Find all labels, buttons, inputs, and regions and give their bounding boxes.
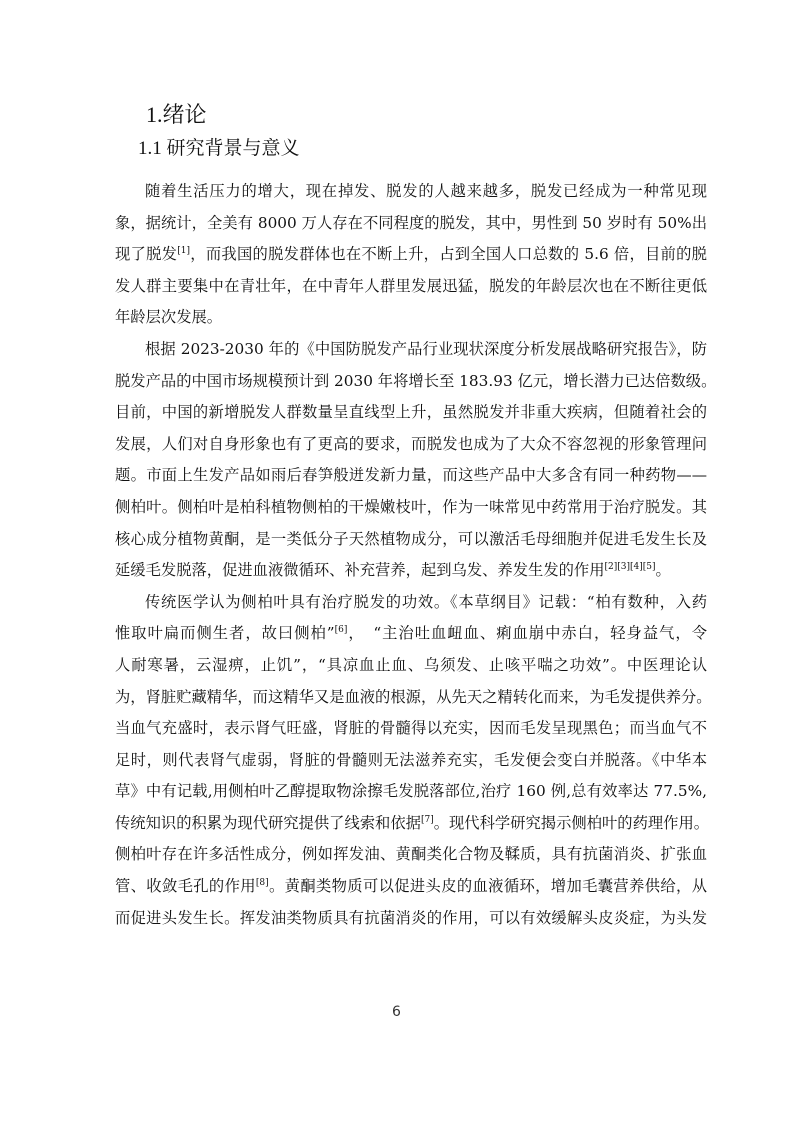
- line-text: 象，据统计，全美有 8000 万人存在不同程度的脱发，其中，男性到 50 岁时有…: [115, 214, 707, 232]
- line-text: 发展，人们对自身形象也有了更高的要求，而脱发也成为了大众不容忽视的形象管理问: [115, 435, 707, 453]
- text-line: 传统知识的积累为现代研究提供了线索和依据[7]。现代科学研究揭示侧柏叶的药理作用…: [115, 808, 707, 840]
- chapter-title: 1.绪论: [146, 100, 207, 130]
- line-text-tail: 。: [656, 561, 671, 579]
- line-text: 为，肾脏贮藏精华，而这精华又是血液的根源，从先天之精转化而来，为毛发提供养分。: [115, 688, 712, 706]
- text-line: 核心成分植物黄酮，是一类低分子天然植物成分，可以激活毛母细胞并促进毛发生长及: [115, 524, 707, 556]
- line-text: 惟取叶扁而侧生者，故曰侧柏”: [115, 624, 335, 642]
- line-text: 而促进头发生长。挥发油类物质具有抗菌消炎的作用，可以有效缓解头皮炎症，为头发: [115, 909, 707, 927]
- text-line: 发展，人们对自身形象也有了更高的要求，而脱发也成为了大众不容忽视的形象管理问: [115, 429, 707, 461]
- line-text: 年龄层次发展。: [115, 308, 222, 326]
- text-line: 根据 2023-2030 年的《中国防脱发产品行业现状深度分析发展战略研究报告》…: [115, 334, 707, 366]
- text-line: 而促进头发生长。挥发油类物质具有抗菌消炎的作用，可以有效缓解头皮炎症，为头发: [115, 903, 707, 935]
- body-text: 随着生活压力的增大，现在掉发、脱发的人越来越多，脱发已经成为一种常见现象，据统计…: [115, 176, 707, 934]
- section-title: 1.1 研究背景与意义: [138, 135, 300, 163]
- text-line: 随着生活压力的增大，现在掉发、脱发的人越来越多，脱发已经成为一种常见现: [115, 176, 707, 208]
- line-text: 侧柏叶。侧柏叶是柏科植物侧柏的干燥嫩枝叶，作为一味常见中药常用于治疗脱发。其: [115, 498, 707, 516]
- text-line: 侧柏叶存在许多活性成分，例如挥发油、黄酮类化合物及鞣质，具有抗菌消炎、扩张血: [115, 839, 707, 871]
- line-text: 当血气充盛时，表示肾气旺盛，肾脏的骨髓得以充实，因而毛发呈现黑色；而当血气不: [115, 719, 707, 737]
- line-text: 脱发产品的中国市场规模预计到 2030 年将增长至 183.93 亿元，增长潜力…: [115, 372, 716, 390]
- line-text: 管、收敛毛孔的作用: [115, 877, 256, 895]
- document-page: 1.绪论 1.1 研究背景与意义 随着生活压力的增大，现在掉发、脱发的人越来越多…: [0, 0, 793, 1122]
- line-text: 目前，中国的新增脱发人群数量呈直线型上升，虽然脱发并非重大疾病，但随着社会的: [115, 403, 707, 421]
- text-line: 延缓毛发脱落，促进血液微循环、补充营养，起到乌发、养发生发的作用[2][3][4…: [115, 555, 707, 587]
- text-line: 年龄层次发展。: [115, 302, 707, 334]
- line-text: 根据 2023-2030 年的《中国防脱发产品行业现状深度分析发展战略研究报告》…: [145, 340, 707, 358]
- citation-superscript: [2][3][4][5]: [605, 562, 656, 572]
- text-line: 题。市面上生发产品如雨后春笋般迸发新力量，而这些产品中大多含有同一种药物——: [115, 460, 707, 492]
- text-line: 侧柏叶。侧柏叶是柏科植物侧柏的干燥嫩枝叶，作为一味常见中药常用于治疗脱发。其: [115, 492, 707, 524]
- citation-superscript: [8]: [256, 878, 269, 888]
- text-line: 象，据统计，全美有 8000 万人存在不同程度的脱发，其中，男性到 50 岁时有…: [115, 208, 707, 240]
- line-text: 传统知识的积累为现代研究提供了线索和依据: [115, 814, 421, 832]
- line-text-tail: 。黄酮类物质可以促进头皮的血液循环，增加毛囊营养供给，从: [269, 877, 707, 895]
- text-line: 当血气充盛时，表示肾气旺盛，肾脏的骨髓得以充实，因而毛发呈现黑色；而当血气不: [115, 713, 707, 745]
- line-text-tail: ，而我国的脱发群体也在不断上升，占到全国人口总数的 5.6 倍，目前的脱: [190, 245, 707, 263]
- page-number: 6: [0, 1004, 793, 1020]
- line-text-tail: ， “主治吐血衄血、痢血崩中赤白，轻身益气，令: [347, 624, 707, 642]
- line-text: 侧柏叶存在许多活性成分，例如挥发油、黄酮类化合物及鞣质，具有抗菌消炎、扩张血: [115, 845, 707, 863]
- line-text: 传统医学认为侧柏叶具有治疗脱发的功效。《本草纲目》记载：“柏有数种，入药: [145, 593, 707, 611]
- text-line: 发人群主要集中在青壮年，在中青年人群里发展迅猛，脱发的年龄层次也在不断往更低: [115, 271, 707, 303]
- line-text: 核心成分植物黄酮，是一类低分子天然植物成分，可以激活毛母细胞并促进毛发生长及: [115, 530, 707, 548]
- line-text: 现了脱发: [115, 245, 177, 263]
- line-text: 延缓毛发脱落，促进血液微循环、补充营养，起到乌发、养发生发的作用: [115, 561, 605, 579]
- line-text-tail: 。现代科学研究揭示侧柏叶的药理作用。: [434, 814, 709, 832]
- text-line: 人耐寒暑，云湿痹，止饥”，“具凉血止血、乌须发、止咳平喘之功效”。中医理论认: [115, 650, 707, 682]
- text-line: 草》中有记载,用侧柏叶乙醇提取物涂擦毛发脱落部位,治疗 160 例,总有效率达 …: [115, 776, 707, 808]
- text-line: 目前，中国的新增脱发人群数量呈直线型上升，虽然脱发并非重大疾病，但随着社会的: [115, 397, 707, 429]
- text-line: 足时，则代表肾气虚弱，肾脏的骨髓则无法滋养充实，毛发便会变白并脱落。《中华本: [115, 745, 707, 777]
- line-text: 足时，则代表肾气虚弱，肾脏的骨髓则无法滋养充实，毛发便会变白并脱落。《中华本: [115, 751, 707, 769]
- line-text: 草》中有记载,用侧柏叶乙醇提取物涂擦毛发脱落部位,治疗 160 例,总有效率达 …: [115, 782, 707, 800]
- citation-superscript: [7]: [421, 815, 434, 825]
- text-line: 传统医学认为侧柏叶具有治疗脱发的功效。《本草纲目》记载：“柏有数种，入药: [115, 587, 707, 619]
- line-text: 随着生活压力的增大，现在掉发、脱发的人越来越多，脱发已经成为一种常见现: [145, 182, 707, 200]
- citation-superscript: [1]: [177, 246, 190, 256]
- text-line: 管、收敛毛孔的作用[8]。黄酮类物质可以促进头皮的血液循环，增加毛囊营养供给，从: [115, 871, 707, 903]
- text-line: 为，肾脏贮藏精华，而这精华又是血液的根源，从先天之精转化而来，为毛发提供养分。: [115, 682, 707, 714]
- text-line: 脱发产品的中国市场规模预计到 2030 年将增长至 183.93 亿元，增长潜力…: [115, 366, 707, 398]
- line-text: 题。市面上生发产品如雨后春笋般迸发新力量，而这些产品中大多含有同一种药物——: [115, 466, 707, 484]
- line-text: 发人群主要集中在青壮年，在中青年人群里发展迅猛，脱发的年龄层次也在不断往更低: [115, 277, 707, 295]
- text-line: 现了脱发[1]，而我国的脱发群体也在不断上升，占到全国人口总数的 5.6 倍，目…: [115, 239, 707, 271]
- citation-superscript: [6]: [335, 625, 348, 635]
- line-text: 人耐寒暑，云湿痹，止饥”，“具凉血止血、乌须发、止咳平喘之功效”。中医理论认: [115, 656, 707, 674]
- text-line: 惟取叶扁而侧生者，故曰侧柏”[6]， “主治吐血衄血、痢血崩中赤白，轻身益气，令: [115, 618, 707, 650]
